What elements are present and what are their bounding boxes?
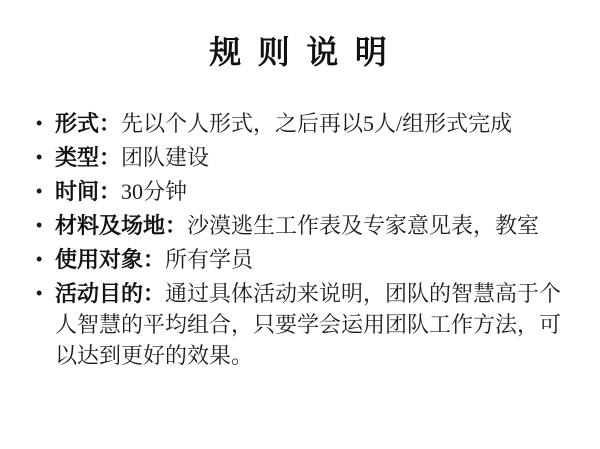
list-item: •使用对象：所有学员	[55, 244, 562, 275]
item-label: 类型：	[55, 145, 121, 170]
presentation-slide: 规 则 说 明 •形式：先以个人形式，之后再以5人/组形式完成 •类型：团队建设…	[0, 0, 600, 449]
bullet-icon: •	[36, 244, 42, 275]
bullet-icon: •	[36, 278, 42, 309]
item-text: 30分钟	[121, 179, 187, 204]
item-text: 先以个人形式，之后再以5人/组形式完成	[121, 111, 512, 136]
list-item: •类型：团队建设	[55, 142, 562, 173]
item-text: 沙漠逃生工作表及专家意见表，教室	[187, 213, 539, 238]
item-label: 活动目的：	[55, 281, 165, 306]
bullet-icon: •	[36, 176, 42, 207]
item-text: 所有学员	[165, 247, 253, 272]
slide-title: 规 则 说 明	[0, 0, 600, 70]
list-item: •时间：30分钟	[55, 176, 562, 207]
item-label: 使用对象：	[55, 247, 165, 272]
list-item: •材料及场地：沙漠逃生工作表及专家意见表，教室	[55, 210, 562, 241]
item-label: 时间：	[55, 179, 121, 204]
item-label: 材料及场地：	[55, 213, 187, 238]
bullet-icon: •	[36, 108, 42, 139]
bullet-icon: •	[36, 210, 42, 241]
list-item: •形式：先以个人形式，之后再以5人/组形式完成	[55, 108, 562, 139]
bullet-list: •形式：先以个人形式，之后再以5人/组形式完成 •类型：团队建设 •时间：30分…	[0, 108, 600, 371]
item-text: 团队建设	[121, 145, 209, 170]
bullet-icon: •	[36, 142, 42, 173]
list-item: •活动目的：通过具体活动来说明，团队的智慧高于个人智慧的平均组合，只要学会运用团…	[55, 278, 562, 371]
item-label: 形式：	[55, 111, 121, 136]
